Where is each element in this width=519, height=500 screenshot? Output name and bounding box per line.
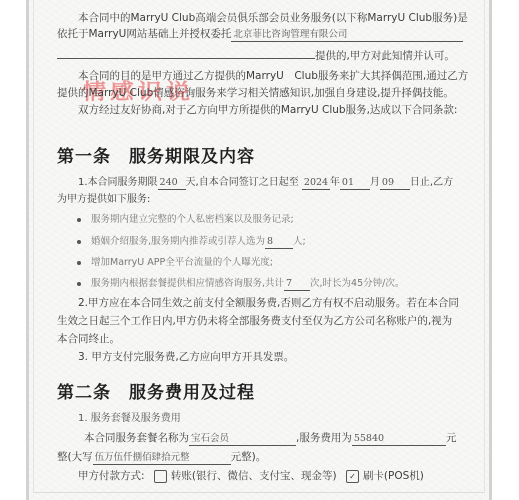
article-1-heading: 第一条服务期限及内容 (57, 142, 255, 167)
service-item-text: 服务期内根据套餐提供相应情感咨询服务,共计 (91, 278, 284, 289)
agreement-line: 双方经过友好协商,对于乙方向甲方所提供的MarryU Club服务,达成以下合同… (78, 103, 457, 117)
pos-option-label: 刷卡(POS机) (363, 470, 424, 482)
service-item-2: 婚姻介绍服务,服务期内推荐或引荐人选为8人; (77, 235, 306, 249)
intro-line-3: 提供的,甲方对此知情并认可。 (57, 49, 455, 63)
service-item-text: 婚姻介绍服务,服务期内推荐或引荐人选为 (91, 236, 265, 247)
package-name-field: 宝石会员 (189, 433, 296, 446)
service-item-4: 服务期内根据套餐提供相应情感咨询服务,共计7次,时长为45分钟/次。 (77, 277, 404, 291)
bullet-icon (77, 218, 81, 222)
clause-1-suffix: 日止,乙方 (410, 177, 453, 188)
capital-suffix: 元整)。 (231, 451, 267, 463)
clause-3: 3. 甲方支付完服务费,乙方应向甲方开具发票。 (78, 350, 294, 364)
end-month-field: 01 (340, 177, 370, 190)
intro-line-2-prefix: 依托于MarryU网站基础上并授权委托 (57, 28, 231, 40)
purpose-line-2: 提供的MarryU Club情感咨询服务来学习相关情感知识,加强自身建设,提升择… (57, 86, 454, 100)
article-1-title: 服务期限及内容 (129, 147, 255, 167)
pos-checkbox[interactable]: ✓ (346, 470, 359, 483)
consult-count-field: 7 (284, 278, 310, 291)
article-2-subheading: 1. 服务套餐及服务费用 (78, 412, 181, 426)
fee-unit: 元 (446, 432, 457, 444)
article-2-number: 第二条 (57, 383, 111, 403)
clause-2-line-3: 本合同终止。 (57, 332, 120, 346)
end-day-field: 09 (380, 177, 410, 190)
payment-label: 甲方付款方式: (78, 470, 145, 482)
service-item-suffix: 人; (293, 236, 306, 247)
bullet-icon (77, 282, 81, 286)
bullet-icon (77, 261, 81, 265)
purpose-line-1: 本合同的目的是甲方通过乙方提供的MarryU Club服务来扩大其择偶范围,通过… (78, 69, 468, 83)
fee-capital-field: 伍万伍仟捌佰肆拾元整 (93, 452, 231, 465)
service-item-3: 增加MarryU APP全平台流量的个人曝光度; (77, 256, 273, 270)
authorized-company-field: 北京菲比咨询管理有限公司 (231, 29, 463, 42)
clause-1-line-1: 1.本合同服务期限240天,自本合同签订之日起至 2024年01月09日止,乙方 (78, 176, 453, 190)
service-item-suffix: 次,时长为45分钟/次。 (310, 278, 404, 289)
transfer-checkbox[interactable] (154, 470, 167, 483)
article-1-number: 第一条 (57, 147, 111, 167)
capital-prefix: 整(大写 (57, 451, 93, 463)
capital-amount-line: 整(大写伍万伍仟捌佰肆拾元整元整)。 (57, 450, 266, 465)
service-item-1: 服务期内建立完整的个人私密档案以及服务记录; (77, 213, 294, 227)
clause-2-line-1: 2.甲方应在本合同生效之前支付全额服务费,否则乙方有权不启动服务。若在本合同 (78, 296, 459, 310)
clause-2-line-2: 生效之日起三个工作日内,甲方仍未将全部服务费支付至仅为乙方公司名称账户的,视为 (57, 314, 452, 328)
clause-1-line-2: 为甲方提供如下服务: (57, 193, 150, 207)
intro-line-2: 依托于MarryU网站基础上并授权委托北京菲比咨询管理有限公司 (57, 27, 463, 42)
service-item-text: 增加MarryU APP全平台流量的个人曝光度; (91, 257, 273, 268)
article-2-title: 服务费用及过程 (129, 383, 255, 403)
bullet-icon (77, 240, 81, 244)
intro-line-3-suffix: 提供的,甲方对此知情并认可。 (315, 50, 455, 62)
package-prefix: 本合同服务套餐名称为 (84, 432, 189, 444)
service-item-text: 服务期内建立完整的个人私密档案以及服务记录; (91, 214, 294, 225)
fee-amount-field: 55840 (352, 433, 446, 446)
recommend-count-field: 8 (265, 236, 293, 249)
article-2-heading: 第二条服务费用及过程 (57, 378, 255, 403)
package-line: 本合同服务套餐名称为宝石会员,服务费用为55840元 (84, 431, 456, 446)
intro-blank-line (57, 58, 315, 59)
transfer-option-label: 转账(银行、微信、支付宝、现金等) (171, 470, 337, 482)
service-days-field: 240 (158, 177, 186, 190)
clause-1-mid: 天,自本合同签订之日起至 (186, 177, 299, 188)
intro-line-1: 本合同中的MarryU Club高端会员俱乐部会员业务服务(以下称MarryU … (78, 11, 468, 25)
payment-method-line: 甲方付款方式: 转账(银行、微信、支付宝、现金等) ✓刷卡(POS机) (78, 469, 424, 483)
fee-prefix: ,服务费用为 (296, 432, 352, 444)
year-label: 年 (330, 177, 340, 188)
end-year-field: 2024 (302, 177, 330, 190)
month-label: 月 (370, 177, 380, 188)
clause-1-prefix: 1.本合同服务期限 (78, 177, 158, 188)
